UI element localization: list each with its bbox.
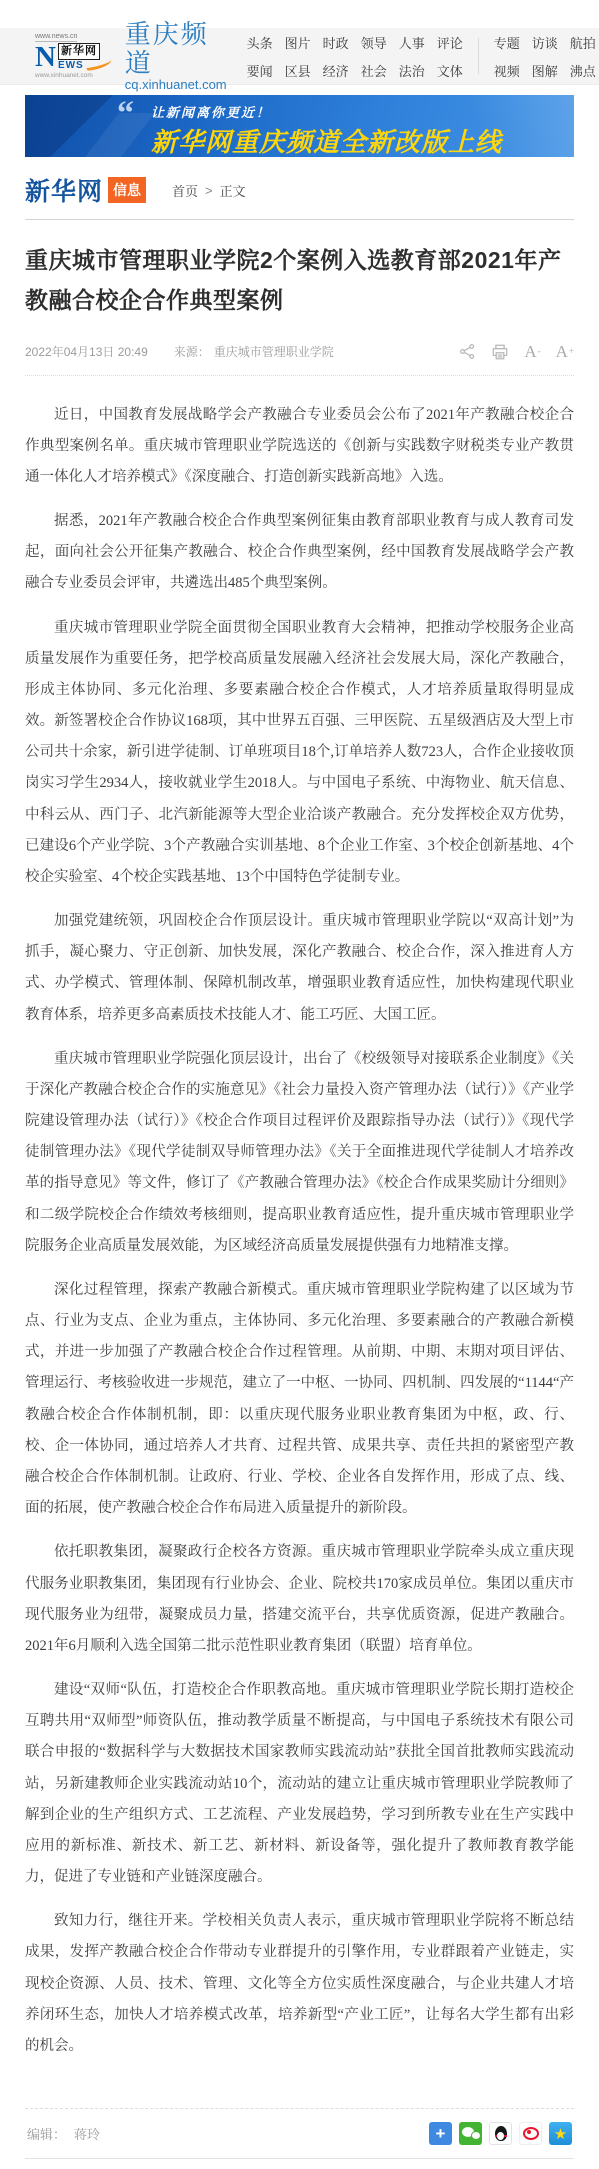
nav-row: 视频图解沸点城市相册 (494, 61, 599, 80)
banner-headline: 新华网重庆频道全新改版上线 (151, 122, 502, 157)
site-header: www.news.cn N 新华网 EWS www.xinhuanet.com … (0, 28, 599, 85)
breadcrumb-divider (25, 219, 574, 220)
article-title: 重庆城市管理职业学院2个案例入选教育部2021年产教融合校企合作典型案例 (25, 240, 574, 321)
share-button[interactable] (459, 343, 476, 360)
nav-item[interactable]: 沸点 (570, 61, 596, 80)
article-paragraph: 据悉，2021年产教融合校企合作典型案例征集由教育部职业教育与成人教育司发起，面… (25, 506, 574, 600)
print-button[interactable] (491, 343, 509, 361)
logo-brand-text: 新华网 (58, 43, 100, 59)
nav-item[interactable]: 社会 (361, 61, 387, 80)
nav-row: 专题访谈航拍重庆正事 (494, 33, 599, 52)
nav-row: 头条图片时政领导人事评论 (247, 33, 463, 52)
nav-group-secondary: 专题访谈航拍重庆正事 视频图解沸点城市相册 (494, 33, 599, 80)
article-paragraph: 深化过程管理，探索产教融合新模式。重庆城市管理职业学院构建了以区域为节点、行业为… (25, 1275, 574, 1524)
nav-item[interactable]: 访谈 (532, 33, 558, 52)
content-column: “ 让新闻离你更近！ 新华网重庆频道全新改版上线 新华网 信息 首页 > 正文 … (25, 95, 574, 2169)
editor-name: 蒋玲 (74, 2127, 100, 2142)
share-bar: + ★ (429, 2122, 572, 2145)
nav-item[interactable]: 航拍 (570, 33, 596, 52)
xinhuanet-wordmark[interactable]: 新华网 (25, 172, 103, 208)
article-paragraph: 依托职教集团，凝聚政行企校各方资源。重庆城市管理职业学院牵头成立重庆现代服务业职… (25, 1537, 574, 1662)
publish-date: 2022年04月13日 20:49 (25, 343, 148, 360)
nav-item[interactable]: 图片 (285, 33, 311, 52)
share-icon (459, 343, 476, 360)
nav-item[interactable]: 法治 (399, 61, 425, 80)
main-nav: 头条图片时政领导人事评论 要闻区县经济社会法治文体 专题访谈航拍重庆正事 视频图… (247, 33, 599, 80)
nav-item[interactable]: 人事 (399, 33, 425, 52)
article-meta: 2022年04月13日 20:49 来源：重庆城市管理职业学院 A- A+ (25, 343, 574, 361)
article-paragraph: 致知力行，继往开来。学校相关负责人表示，重庆城市管理职业学院将不断总结成果，发挥… (25, 1906, 574, 2062)
weibo-eye (523, 2127, 539, 2140)
top-spacer (0, 0, 599, 28)
banner-text: 让新闻离你更近！ 新华网重庆频道全新改版上线 (151, 102, 502, 157)
breadcrumb-home-link[interactable]: 首页 (172, 181, 198, 200)
breadcrumb: 新华网 信息 首页 > 正文 (25, 157, 574, 219)
banner-slogan: 让新闻离你更近！ (151, 102, 502, 121)
nav-item[interactable]: 文体 (437, 61, 463, 80)
nav-item[interactable]: 图解 (532, 61, 558, 80)
logo-emblem: N 新华网 EWS (35, 43, 112, 70)
editor-credit: 编辑：蒋玲 (27, 2124, 100, 2143)
breadcrumb-current: 正文 (220, 181, 246, 200)
nav-item[interactable]: 头条 (247, 33, 273, 52)
font-decrease-button[interactable]: A- (524, 343, 540, 360)
nav-divider (478, 38, 479, 74)
share-more-icon[interactable]: + (429, 2122, 452, 2145)
wechat-bubble-small (471, 2131, 481, 2140)
nav-item[interactable]: 视频 (494, 61, 520, 80)
meta-divider (25, 375, 574, 376)
qq-penguin (495, 2126, 507, 2141)
logo-ews-text: EWS (58, 61, 84, 71)
source-name: 重庆城市管理职业学院 (214, 345, 334, 359)
logo-url-text: www.xinhuanet.com (35, 72, 112, 79)
article-paragraph: 重庆城市管理职业学院全面贯彻全国职业教育大会精神，把推动学校服务企业高质量发展作… (25, 613, 574, 894)
info-badge[interactable]: 信息 (108, 177, 146, 203)
breadcrumb-separator: > (205, 183, 213, 198)
article-toolbar: A- A+ (459, 343, 574, 361)
quote-icon: “ (117, 97, 134, 131)
article-footer: 编辑：蒋玲 + ★ (25, 2108, 574, 2159)
nav-item[interactable]: 专题 (494, 33, 520, 52)
nav-item[interactable]: 经济 (323, 61, 349, 80)
nav-group-primary: 头条图片时政领导人事评论 要闻区县经济社会法治文体 (247, 33, 463, 80)
weibo-share-icon[interactable] (519, 2122, 542, 2145)
qq-share-icon[interactable] (489, 2122, 512, 2145)
editor-label: 编辑： (27, 2127, 66, 2142)
wechat-share-icon[interactable] (459, 2122, 482, 2145)
nav-item[interactable]: 领导 (361, 33, 387, 52)
qzone-share-icon[interactable]: ★ (549, 2122, 572, 2145)
promo-banner[interactable]: “ 让新闻离你更近！ 新华网重庆频道全新改版上线 (25, 95, 574, 157)
logo-swoosh-icon (85, 57, 112, 70)
print-icon (491, 343, 509, 361)
channel-url: cq.xinhuanet.com (125, 77, 227, 92)
article-paragraph: 加强党建统领，巩固校企合作顶层设计。重庆城市管理职业学院以“双高计划”为抓手，凝… (25, 906, 574, 1031)
nav-item[interactable]: 时政 (323, 33, 349, 52)
nav-item[interactable]: 要闻 (247, 61, 273, 80)
article-paragraph: 近日，中国教育发展战略学会产教融合专业委员会公布了2021年产教融合校企合作典型… (25, 400, 574, 494)
channel-name: 重庆频道 (125, 20, 227, 77)
article-body: 近日，中国教育发展战略学会产教融合专业委员会公布了2021年产教融合校企合作典型… (25, 400, 574, 2063)
logo-n-letter: N (35, 45, 56, 70)
article-paragraph: 重庆城市管理职业学院强化顶层设计，出台了《校级领导对接联系企业制度》《关于深化产… (25, 1044, 574, 1262)
nav-item[interactable]: 评论 (437, 33, 463, 52)
nav-item[interactable]: 区县 (285, 61, 311, 80)
bottom-spacer (25, 2159, 574, 2169)
article-source: 来源：重庆城市管理职业学院 (174, 343, 334, 360)
source-label: 来源： (174, 345, 210, 359)
channel-logo[interactable]: 重庆频道 cq.xinhuanet.com (125, 20, 227, 92)
nav-row: 要闻区县经济社会法治文体 (247, 61, 463, 80)
xinhuanet-logo[interactable]: www.news.cn N 新华网 EWS www.xinhuanet.com (35, 33, 112, 78)
font-increase-button[interactable]: A+ (556, 343, 574, 360)
